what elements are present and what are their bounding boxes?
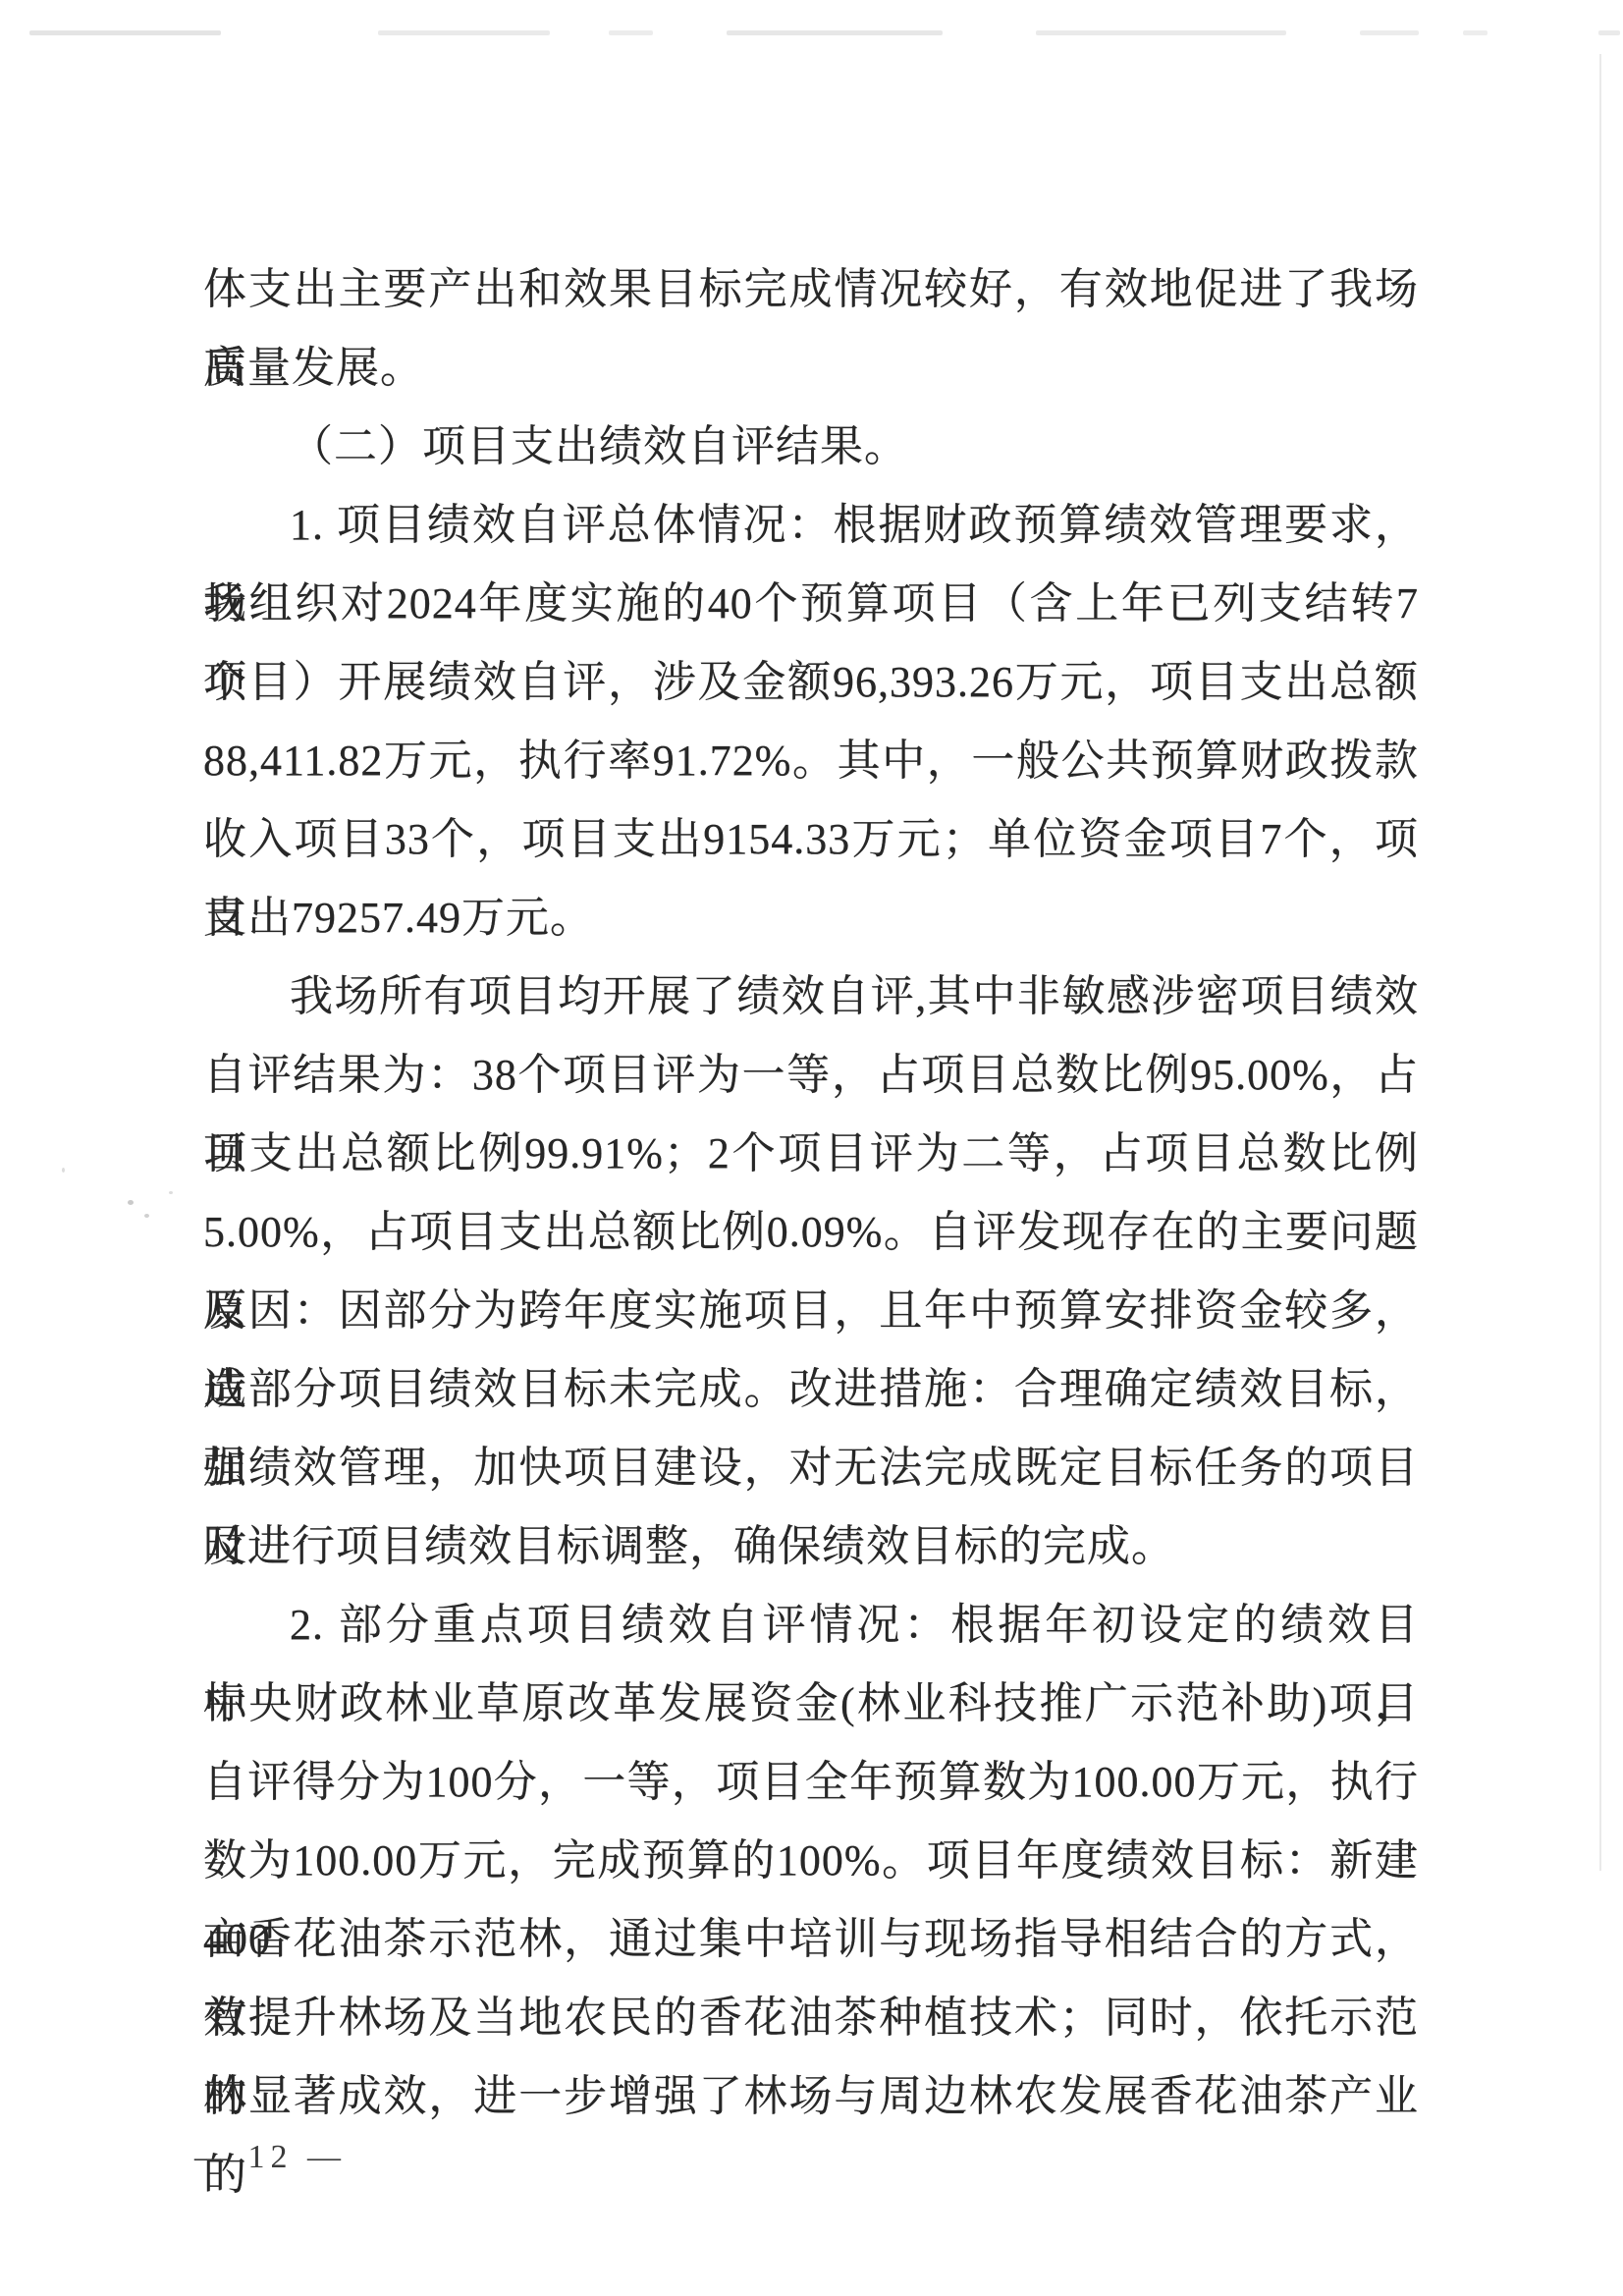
scan-smudge xyxy=(1598,30,1620,35)
text-line: 支出79257.49万元。 xyxy=(203,879,1419,957)
document-page: 体支出主要产出和效果目标完成情况较好，有效地促进了我场高 质量发展。 （二）项目… xyxy=(0,0,1623,2296)
text-line: 收入项目33个，项目支出9154.33万元；单位资金项目7个，项目 xyxy=(203,800,1419,879)
scan-smudge xyxy=(609,30,653,35)
scan-smudge xyxy=(727,30,943,35)
scan-speck xyxy=(62,1168,65,1173)
text-line: 自评得分为100分，一等，项目全年预算数为100.00万元，执行 xyxy=(203,1743,1419,1822)
text-line: 目支出总额比例99.91%；2个项目评为二等，占项目总数比例 xyxy=(203,1115,1419,1193)
text-line: 时进行项目绩效目标调整，确保绩效目标的完成。 xyxy=(203,1507,1419,1586)
scan-artifact-vertical-line xyxy=(1599,54,1601,1871)
page-number: — 12 — xyxy=(194,2139,347,2176)
text-line: 自评结果为：38个项目评为一等，占项目总数比例95.00%，占项 xyxy=(203,1036,1419,1115)
text-line: 1. 项目绩效自评总体情况：根据财政预算绩效管理要求，我 xyxy=(203,486,1419,565)
text-line: 原因：因部分为跨年度实施项目，且年中预算安排资金较多，造 xyxy=(203,1272,1419,1350)
text-line: （二）项目支出绩效自评结果。 xyxy=(203,408,1419,486)
text-line: 亩香花油茶示范林，通过集中培训与现场指导相结合的方式，有 xyxy=(203,1900,1419,1979)
text-line: 体支出主要产出和效果目标完成情况较好，有效地促进了我场高 xyxy=(203,250,1419,329)
scan-smudge xyxy=(29,30,221,35)
document-body: 体支出主要产出和效果目标完成情况较好，有效地促进了我场高 质量发展。 （二）项目… xyxy=(203,250,1419,2136)
text-line: 成部分项目绩效目标未完成。改进措施：合理确定绩效目标，加 xyxy=(203,1350,1419,1429)
scan-smudge xyxy=(378,30,550,35)
scan-smudge xyxy=(1463,30,1488,35)
scan-smudge xyxy=(1036,30,1286,35)
text-line: 我场所有项目均开展了绩效自评,其中非敏感涉密项目绩效 xyxy=(203,957,1419,1036)
text-line: 效提升林场及当地农民的香花油茶种植技术；同时，依托示范林 xyxy=(203,1979,1419,2057)
text-line: 质量发展。 xyxy=(203,329,1419,408)
scan-speck xyxy=(169,1191,173,1194)
text-line: 场组织对2024年度实施的40个预算项目（含上年已列支结转7个 xyxy=(203,565,1419,643)
scan-speck xyxy=(144,1214,149,1218)
scan-smudge xyxy=(1360,30,1419,35)
text-line: 数为100.00万元，完成预算的100%。项目年度绩效目标：新建400 xyxy=(203,1822,1419,1900)
text-line: 中央财政林业草原改革发展资金(林业科技推广示范补助)项目 xyxy=(203,1665,1419,1743)
text-line: 5.00%，占项目支出总额比例0.09%。自评发现存在的主要问题及 xyxy=(203,1193,1419,1272)
text-line: 的显著成效，进一步增强了林场与周边林农发展香花油茶产业的 xyxy=(203,2057,1419,2136)
text-line: 项目）开展绩效自评，涉及金额96,393.26万元，项目支出总额 xyxy=(203,643,1419,722)
text-line: 2. 部分重点项目绩效自评情况：根据年初设定的绩效目标， xyxy=(203,1586,1419,1665)
text-line: 88,411.82万元，执行率91.72%。其中，一般公共预算财政拨款 xyxy=(203,722,1419,800)
text-line: 强绩效管理，加快项目建设，对无法完成既定目标任务的项目及 xyxy=(203,1429,1419,1507)
scan-speck xyxy=(128,1200,134,1205)
